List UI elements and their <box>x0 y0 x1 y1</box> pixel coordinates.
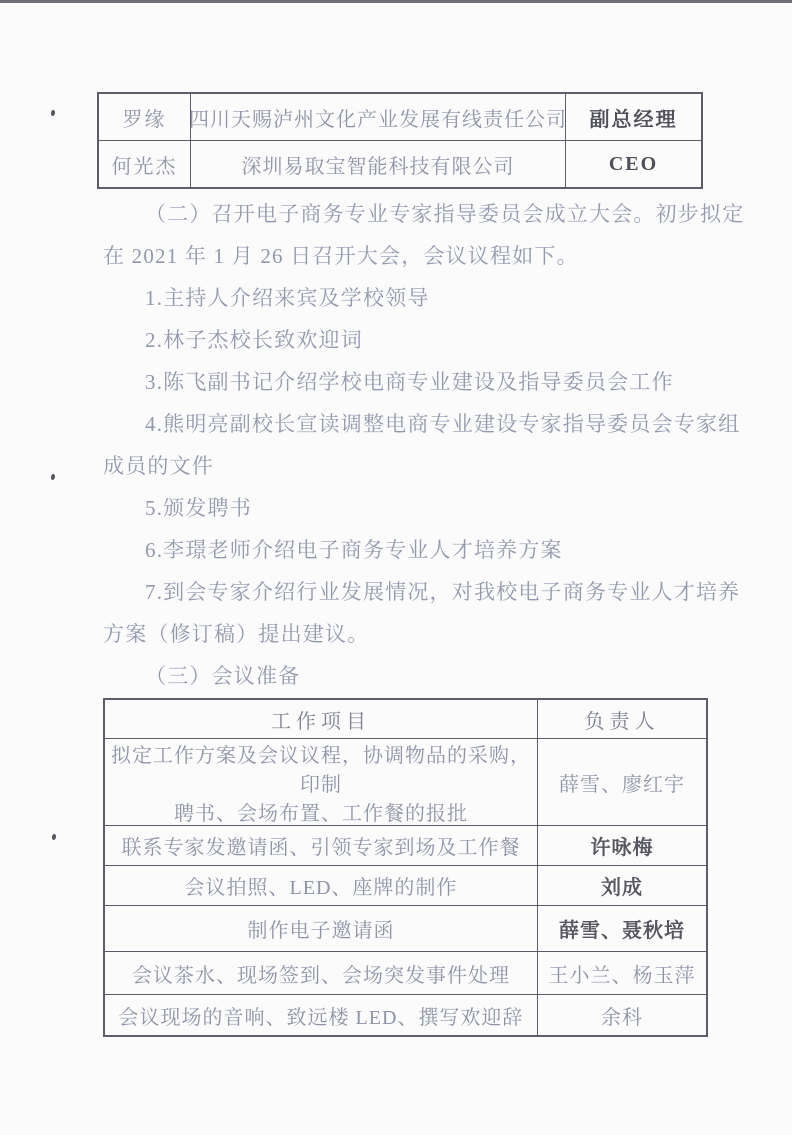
preparation-table: 工作项目 负责人 拟定工作方案及会议议程，协调物品的采购，印制 聘书、会场布置、… <box>103 698 708 1037</box>
expert-name-cell: 何光杰 <box>99 141 191 187</box>
table-row: 会议现场的音响、致远楼 LED、撰写欢迎辞 余科 <box>105 994 706 1035</box>
task-line-1: 拟定工作方案及会议议程，协调物品的采购，印制 <box>105 739 537 797</box>
table-row: 罗缘 四川天赐泸州文化产业发展有线责任公司 副总经理 <box>99 94 701 140</box>
agenda-item-4-cont: 成员的文件 <box>103 445 711 487</box>
expert-company-cell: 深圳易取宝智能科技有限公司 <box>191 141 566 187</box>
table-row: 联系专家发邀请函、引领专家到场及工作餐 许咏梅 <box>105 825 706 865</box>
table-row: 会议拍照、LED、座牌的制作 刘成 <box>105 865 706 905</box>
scan-speck <box>50 110 55 117</box>
paragraph-line: 在 2021 年 1 月 26 日召开大会，会议议程如下。 <box>103 235 711 277</box>
agenda-item-2: 2.林子杰校长致欢迎词 <box>103 319 711 361</box>
table-row: 会议茶水、现场签到、会场突发事件处理 王小兰、杨玉萍 <box>105 951 706 994</box>
agenda-item-1: 1.主持人介绍来宾及学校领导 <box>103 277 711 319</box>
task-cell: 拟定工作方案及会议议程，协调物品的采购，印制 聘书、会场布置、工作餐的报批 <box>105 739 538 825</box>
agenda-item-3: 3.陈飞副书记介绍学校电商专业建设及指导委员会工作 <box>103 361 711 403</box>
expert-title-cell: 副总经理 <box>566 94 701 140</box>
work-item-header: 工作项目 <box>105 700 538 738</box>
owner-cell: 薛雪、聂秋培 <box>538 906 706 951</box>
task-cell: 会议现场的音响、致远楼 LED、撰写欢迎辞 <box>105 995 538 1035</box>
owner-cell: 余科 <box>538 995 706 1035</box>
expert-title-cell: CEO <box>566 141 701 187</box>
scan-edge-shadow <box>0 0 792 3</box>
task-cell: 制作电子邀请函 <box>105 906 538 951</box>
task-cell: 会议拍照、LED、座牌的制作 <box>105 866 538 905</box>
owner-cell: 许咏梅 <box>538 826 706 865</box>
section-2-heading-line: （二）召开电子商务专业专家指导委员会成立大会。初步拟定 <box>103 193 711 235</box>
owner-cell: 王小兰、杨玉萍 <box>538 952 706 994</box>
scan-speck <box>51 834 56 841</box>
task-cell: 联系专家发邀请函、引领专家到场及工作餐 <box>105 826 538 865</box>
agenda-item-7: 7.到会专家介绍行业发展情况，对我校电子商务专业人才培养 <box>103 571 711 613</box>
task-line-2: 聘书、会场布置、工作餐的报批 <box>174 797 468 826</box>
owner-cell: 刘成 <box>538 866 706 905</box>
agenda-item-7-cont: 方案（修订稿）提出建议。 <box>103 613 711 655</box>
table-row: 何光杰 深圳易取宝智能科技有限公司 CEO <box>99 140 701 187</box>
experts-table: 罗缘 四川天赐泸州文化产业发展有线责任公司 副总经理 何光杰 深圳易取宝智能科技… <box>97 92 703 189</box>
table-row: 制作电子邀请函 薛雪、聂秋培 <box>105 905 706 951</box>
table-row: 拟定工作方案及会议议程，协调物品的采购，印制 聘书、会场布置、工作餐的报批 薛雪… <box>105 738 706 825</box>
scan-speck <box>50 474 55 481</box>
agenda-item-5: 5.颁发聘书 <box>103 487 711 529</box>
owner-header: 负责人 <box>538 700 706 738</box>
owner-cell: 薛雪、廖红宇 <box>538 739 706 825</box>
agenda-item-6: 6.李璟老师介绍电子商务专业人才培养方案 <box>103 529 711 571</box>
table-header-row: 工作项目 负责人 <box>105 700 706 738</box>
section-3-heading-line: （三）会议准备 <box>103 655 711 697</box>
expert-company-cell: 四川天赐泸州文化产业发展有线责任公司 <box>191 94 566 140</box>
agenda-item-4: 4.熊明亮副校长宣读调整电商专业建设专家指导委员会专家组 <box>103 403 711 445</box>
expert-name-cell: 罗缘 <box>99 94 191 140</box>
document-body: （二）召开电子商务专业专家指导委员会成立大会。初步拟定 在 2021 年 1 月… <box>103 193 711 697</box>
task-cell: 会议茶水、现场签到、会场突发事件处理 <box>105 952 538 994</box>
